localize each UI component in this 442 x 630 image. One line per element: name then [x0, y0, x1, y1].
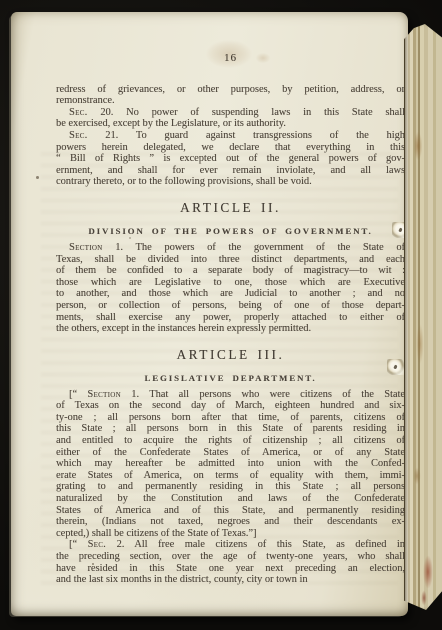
- text-line: redress of grievances, or other purposes…: [56, 84, 405, 96]
- paragraph: [“ Section 1. That all persons who were …: [56, 389, 405, 540]
- text-line: cepted,) shall be citizens of the State …: [56, 528, 405, 540]
- text-line: the others, except in the instances here…: [56, 323, 405, 335]
- page-text: 16 redress of grievances, or other purpo…: [56, 12, 405, 586]
- text-line: this State ; all persons born in this St…: [56, 423, 405, 435]
- text-line: of them be confided to a separate body o…: [56, 265, 405, 277]
- text-line: which may hereafter be admitted into uni…: [56, 458, 405, 470]
- small-caps-label: Sec.: [69, 107, 88, 118]
- small-caps-label: Section: [69, 242, 103, 253]
- article-heading: ARTICLE III.: [56, 348, 405, 362]
- section-heading: LEGISLATIVE DEPARTMENT.: [56, 373, 405, 383]
- page-number: 16: [56, 53, 405, 65]
- small-caps-label: Section: [87, 389, 121, 400]
- text-line: to another, and those which are Judicial…: [56, 288, 405, 300]
- ink-speck: [36, 176, 39, 179]
- text-line: person, or collection of persons, being …: [56, 300, 405, 312]
- photo-background: 16 redress of grievances, or other purpo…: [0, 0, 442, 630]
- paragraph: Sec. 21. To guard against transgressions…: [56, 130, 405, 188]
- book-page: 16 redress of grievances, or other purpo…: [11, 12, 408, 616]
- ink-speck: [92, 563, 94, 565]
- text-line: either of the Confederate States of Amer…: [56, 447, 405, 459]
- text-line: grating to and permanently residing in t…: [56, 481, 405, 493]
- article-heading: ARTICLE II.: [56, 201, 405, 215]
- text-line: have resided in this State one year next…: [56, 563, 405, 575]
- paragraph: redress of grievances, or other purposes…: [56, 84, 405, 107]
- section-heading: DIVISION OF THE POWERS OF GOVERNMENT.: [56, 226, 405, 236]
- text-line: remonstrance.: [56, 95, 405, 107]
- text-line: those which are Legislative to one, thos…: [56, 277, 405, 289]
- text-line: therein, (Indians not taxed, negroes and…: [56, 516, 405, 528]
- text-line: “ Bill of Rights ” is excepted out of th…: [56, 153, 405, 165]
- text-line: Texas, shall be divided into three disti…: [56, 254, 405, 266]
- text-line: ernment, and shall for ever remain invio…: [56, 165, 405, 177]
- fore-edge-pages: [404, 24, 442, 610]
- text-line: contrary thereto, or to the following pr…: [56, 176, 405, 188]
- paragraph: [“ Sec. 2. All free male citizens of thi…: [56, 539, 405, 585]
- text-line: Section 1. The powers of the government …: [56, 242, 405, 254]
- text-line: and entitled to acquire the rights of ci…: [56, 435, 405, 447]
- ink-speck: [129, 237, 131, 239]
- small-caps-label: Sec.: [88, 539, 107, 550]
- text-line: powers herein delegated, we declare that…: [56, 142, 405, 154]
- text-line: [“ Sec. 2. All free male citizens of thi…: [56, 539, 405, 551]
- text-line: of Texas on the second day of March, eig…: [56, 400, 405, 412]
- text-line: be exercised, except by the Legislature,…: [56, 118, 405, 130]
- text-line: Sec. 21. To guard against transgressions…: [56, 130, 405, 142]
- paragraph: Section 1. The powers of the government …: [56, 242, 405, 335]
- small-caps-label: Sec.: [69, 130, 88, 141]
- text-line: erate States of America, on terms of equ…: [56, 470, 405, 482]
- text-line: naturalized by the Constitution and laws…: [56, 493, 405, 505]
- paragraph: Sec. 20. No power of suspending laws in …: [56, 107, 405, 130]
- text-line: ments, shall exercise any power, properl…: [56, 312, 405, 324]
- text-line: and the last six months in the district,…: [56, 574, 405, 586]
- text-line: Sec. 20. No power of suspending laws in …: [56, 107, 405, 119]
- page-body: redress of grievances, or other purposes…: [56, 84, 405, 586]
- text-line: the preceding section, over the age of t…: [56, 551, 405, 563]
- text-line: [“ Section 1. That all persons who were …: [56, 389, 405, 401]
- text-line: ty-one ; all persons born after that tim…: [56, 412, 405, 424]
- text-line: States of America and of this State, and…: [56, 505, 405, 517]
